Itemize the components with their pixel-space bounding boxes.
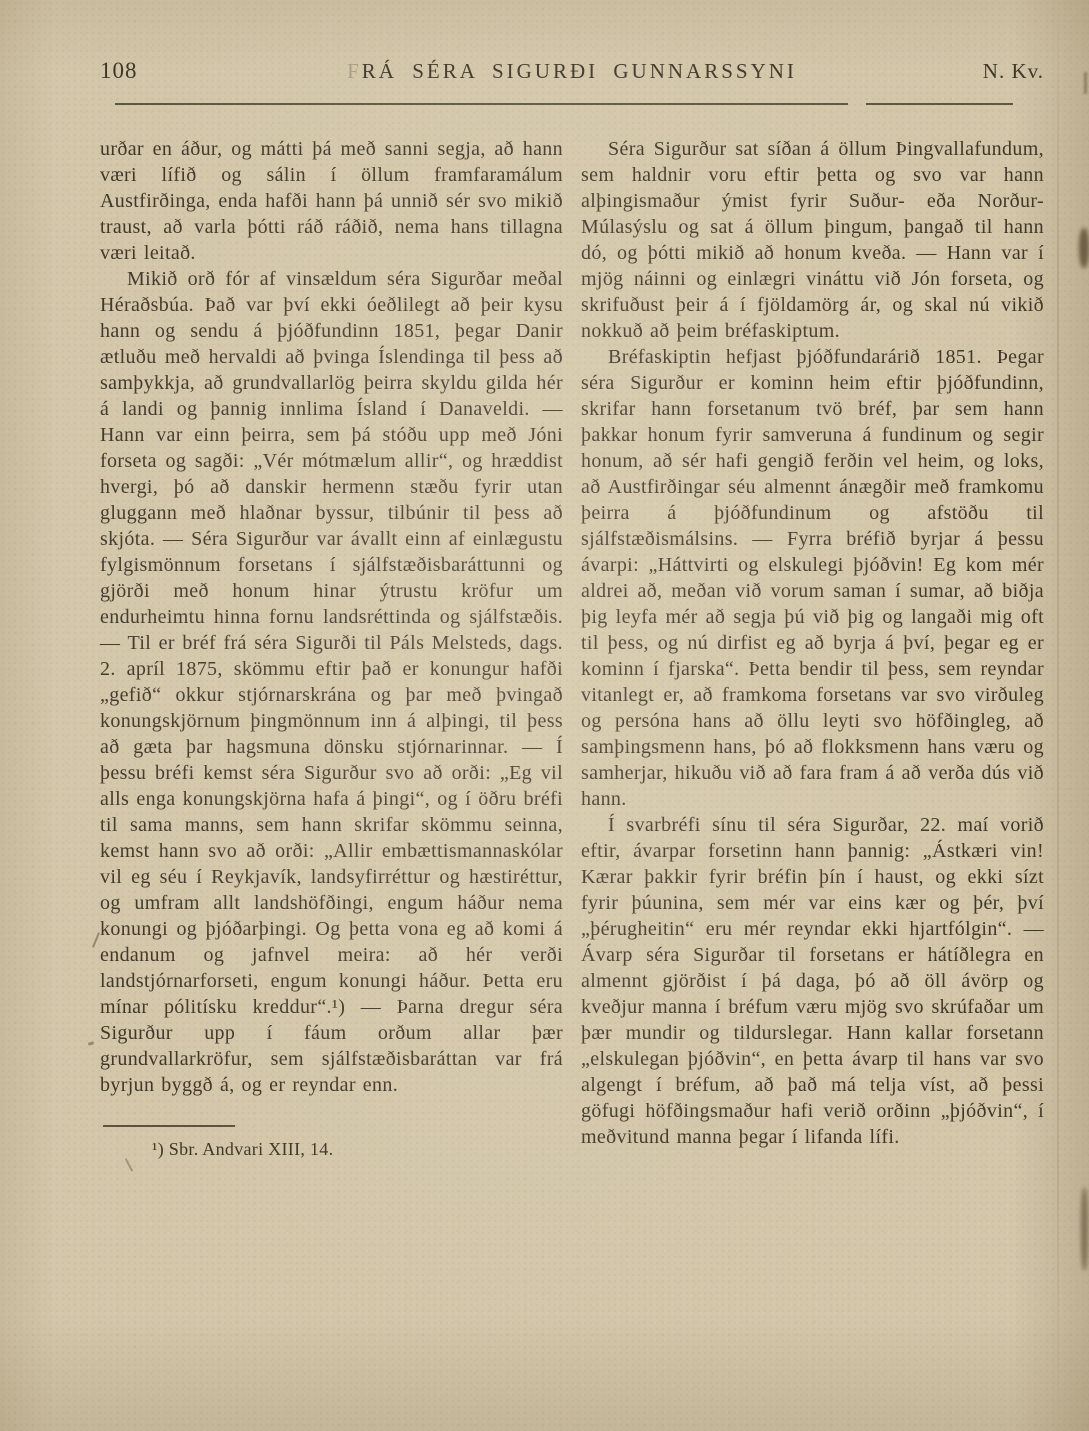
header-rule-left-segment [115,103,848,105]
page-edge-stain [1079,228,1089,268]
footnote-rule [103,1125,235,1127]
paragraph: Mikið orð fór af vinsældum séra Sigurðar… [100,266,563,1098]
running-title-faded-letter: F [347,59,362,83]
footnote: ¹) Sbr. Andvari XIII, 14. [100,1137,563,1161]
paragraph: Bréfaskiptin hefjast þjóðfundarárið 1851… [581,344,1044,812]
running-title: FRÁ SÉRA SIGURÐI GUNNARSSYNI [210,59,934,84]
header-rule-right-segment [866,103,1013,105]
header-abbreviation: N. Kv. [934,59,1044,84]
margin-pencil-mark [92,932,100,948]
page-edge-stain [1081,1188,1088,1270]
margin-speck [88,1041,95,1046]
right-column: Séra Sigurður sat síðan á öllum Þingvall… [581,136,1044,1161]
page-number: 108 [100,58,210,84]
running-title-text: RÁ SÉRA SIGURÐI GUNNARSSYNI [362,59,797,83]
paragraph-continuation: urðar en áður, og mátti þá með sanni seg… [100,136,563,266]
paragraph: Séra Sigurður sat síðan á öllum Þingvall… [581,136,1044,344]
left-column: urðar en áður, og mátti þá með sanni seg… [100,136,563,1161]
page-edge-mark [1084,72,1087,94]
book-page-scan: 108 FRÁ SÉRA SIGURÐI GUNNARSSYNI N. Kv. … [0,0,1089,1431]
text-columns: urðar en áður, og mátti þá með sanni seg… [100,136,1044,1161]
paragraph: Í svarbréfi sínu til séra Sigurðar, 22. … [581,812,1044,1150]
page-header: 108 FRÁ SÉRA SIGURÐI GUNNARSSYNI N. Kv. [100,58,1044,84]
paper-crease [1057,0,1059,1431]
